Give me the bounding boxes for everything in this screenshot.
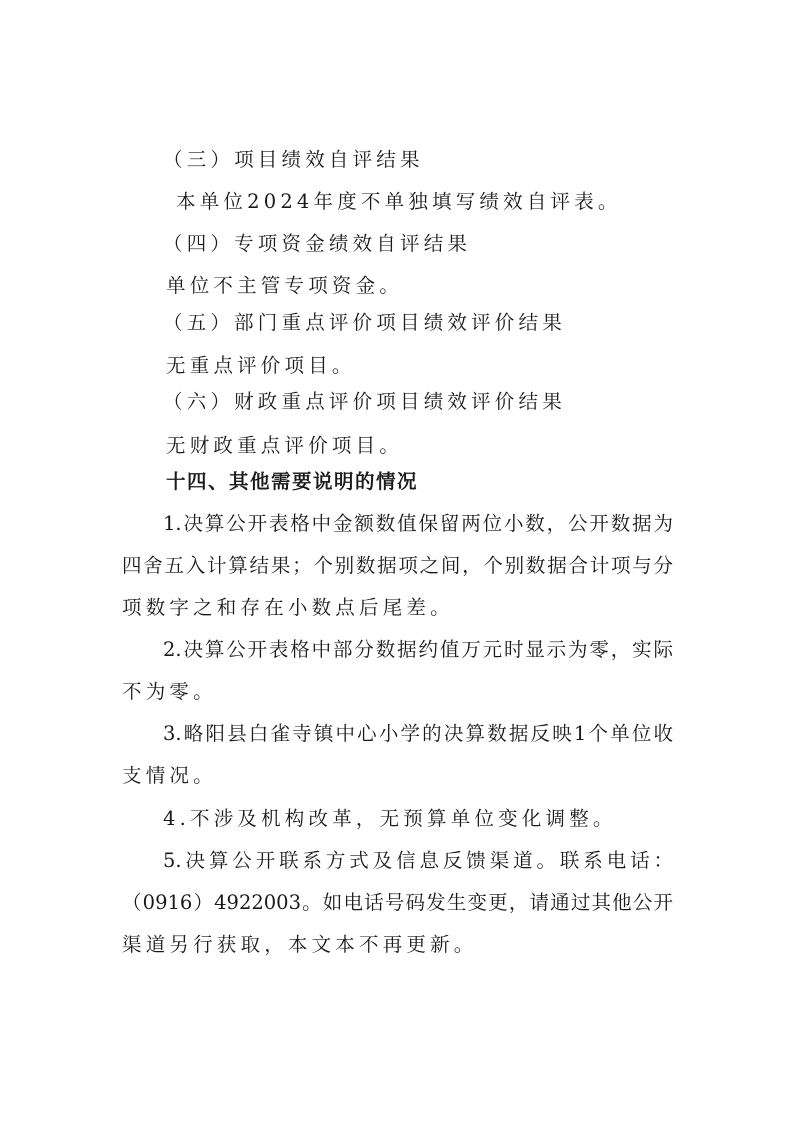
section-body-4: 单位不主管专项资金。 [166,270,403,298]
item-3-line-2: 支情况。 [122,760,217,788]
chapter-title: 十四、其他需要说明的情况 [166,466,418,494]
item-1-line-3: 项数字之和存在小数点后尾差。 [122,592,454,620]
section-body-6: 无财政重点评价项目。 [166,430,403,458]
item-4-line-1: 4.不涉及机构改革，无预算单位变化调整。 [163,803,617,831]
item-2-line-2: 不为零。 [122,676,217,704]
section-heading-5: （五）部门重点评价项目绩效评价结果 [163,307,566,335]
item-1-line-1: 1.决算公开表格中金额数值保留两位小数，公开数据为 [163,508,673,536]
item-3-line-1: 3.略阳县白雀寺镇中心小学的决算数据反映1个单位收 [163,718,673,746]
section-heading-3: （三）项目绩效自评结果 [163,144,424,172]
item-2-line-1: 2.决算公开表格中部分数据约值万元时显示为零，实际 [163,634,673,662]
section-body-3: 本单位2024年度不单独填写绩效自评表。 [176,186,622,214]
item-5-line-1: 5.决算公开联系方式及信息反馈渠道。联系电话： [163,845,673,873]
section-body-5: 无重点评价项目。 [166,350,356,378]
section-heading-4: （四）专项资金绩效自评结果 [163,228,471,256]
section-heading-6: （六）财政重点评价项目绩效评价结果 [163,386,566,414]
item-5-line-2: （0916）4922003。如电话号码发生变更，请通过其他公开 [122,887,673,915]
item-1-line-2: 四舍五入计算结果；个别数据项之间，个别数据合计项与分 [122,550,673,578]
item-5-line-3: 渠道另行获取，本文本不再更新。 [122,929,478,957]
